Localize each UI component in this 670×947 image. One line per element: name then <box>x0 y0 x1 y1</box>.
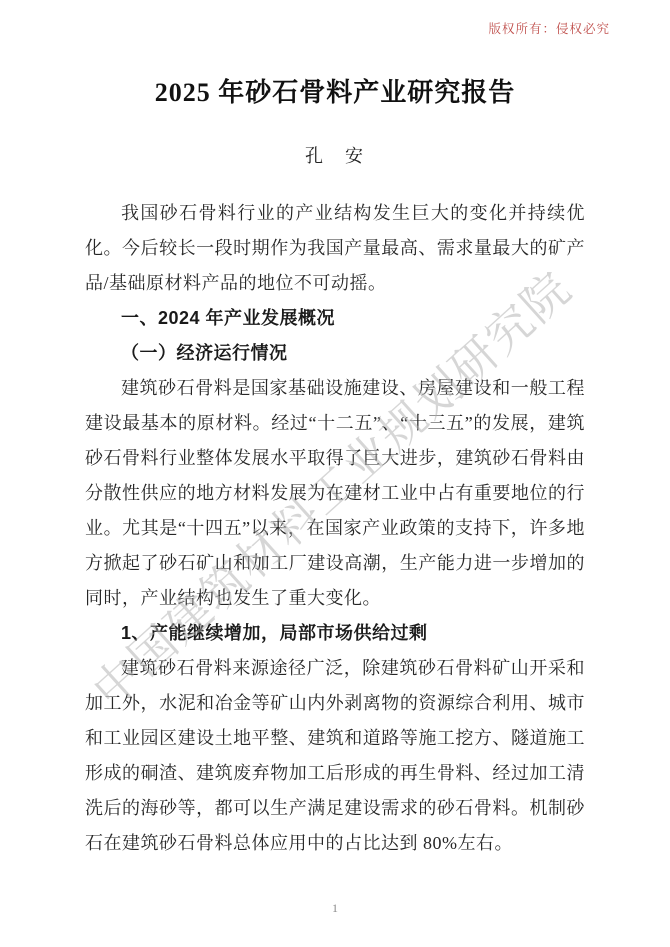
heading-section-2024-overview: 一、2024 年产业发展概况 <box>85 301 585 336</box>
author-name: 孔 安 <box>85 144 585 168</box>
page-title: 2025 年砂石骨料产业研究报告 <box>85 76 585 110</box>
paragraph-intro: 我国砂石骨料行业的产业结构发生巨大的变化并持续优化。今后较长一段时期作为我国产量… <box>85 196 585 301</box>
paragraph-capacity-sources: 建筑砂石骨料来源途径广泛，除建筑砂石骨料矿山开采和加工外，水泥和冶金等矿山内外剥… <box>85 651 585 861</box>
copyright-notice: 版权所有：侵权必究 <box>488 19 610 37</box>
page-number: 1 <box>0 901 670 916</box>
heading-subsection-economic-operation: （一）经济运行情况 <box>85 336 585 371</box>
document-page: 版权所有：侵权必究 中国建筑材料工业规划研究院 2025 年砂石骨料产业研究报告… <box>0 0 670 947</box>
body-text: 我国砂石骨料行业的产业结构发生巨大的变化并持续优化。今后较长一段时期作为我国产量… <box>85 196 585 861</box>
document-content: 2025 年砂石骨料产业研究报告 孔 安 我国砂石骨料行业的产业结构发生巨大的变… <box>0 0 670 861</box>
heading-point-capacity-increase: 1、产能继续增加，局部市场供给过剩 <box>85 616 585 651</box>
paragraph-economic-operation: 建筑砂石骨料是国家基础设施建设、房屋建设和一般工程建设最基本的原材料。经过“十二… <box>85 371 585 616</box>
